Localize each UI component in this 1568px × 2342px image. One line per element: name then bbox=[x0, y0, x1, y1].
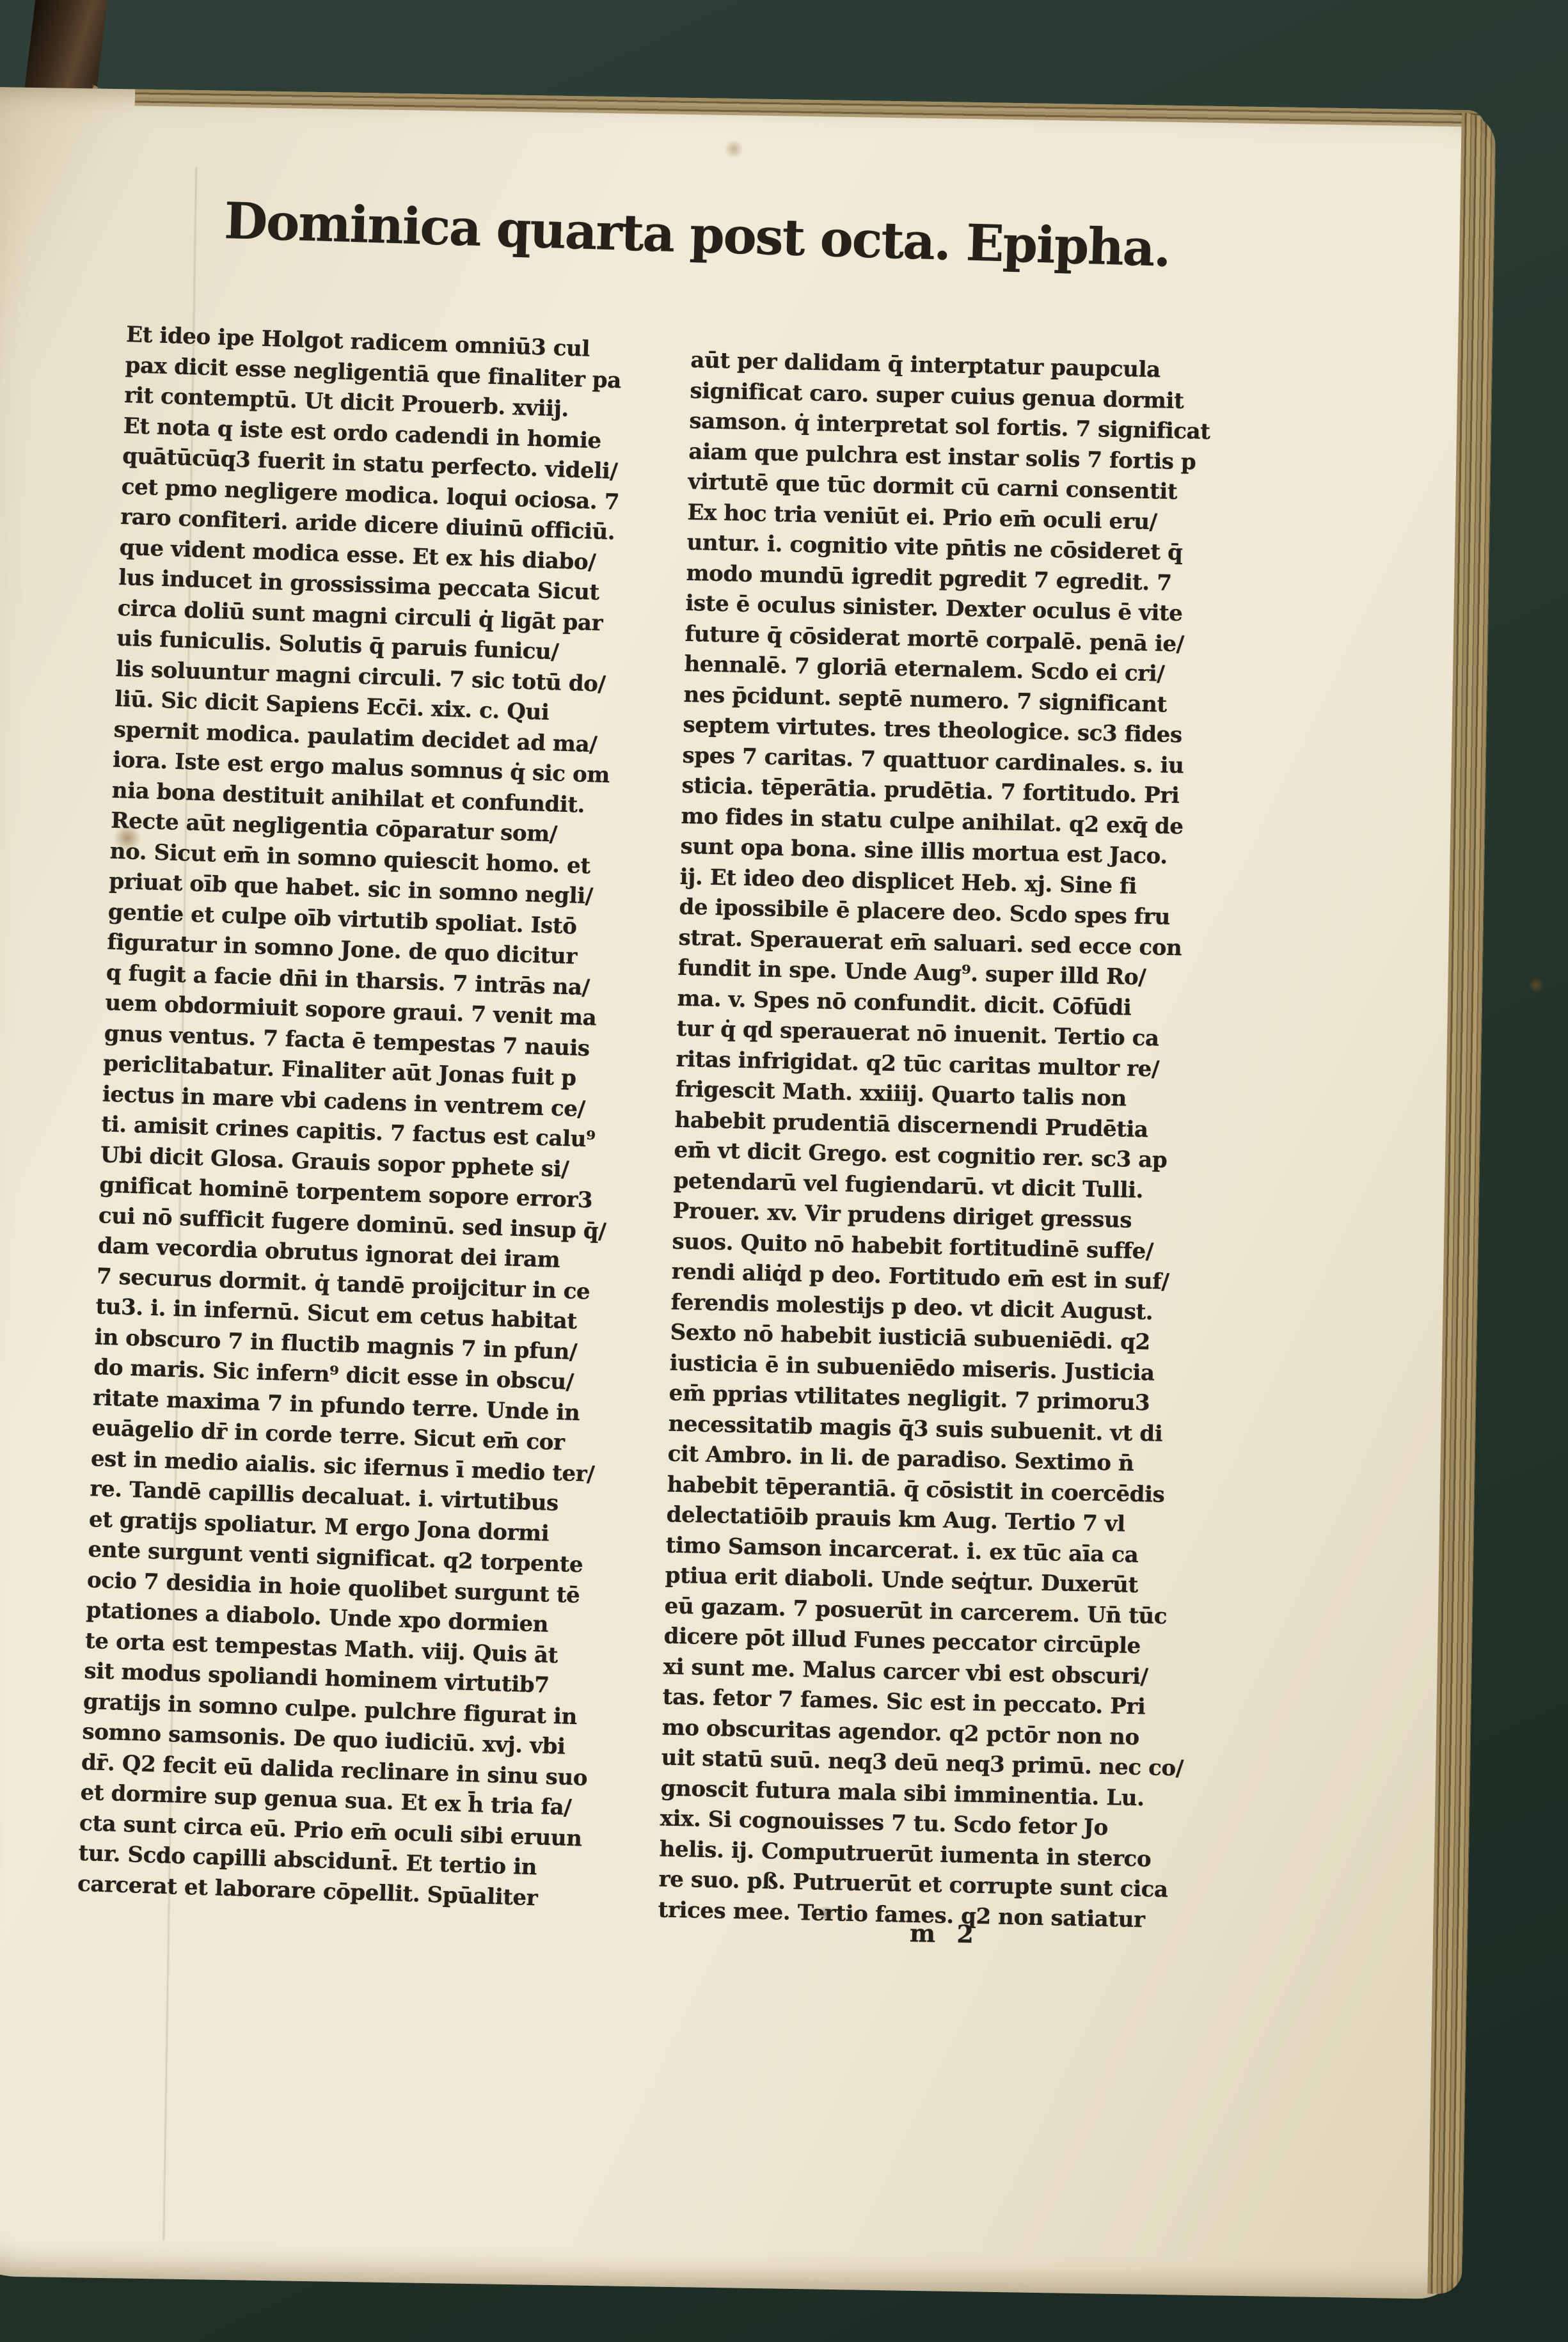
paper-stain bbox=[1528, 977, 1544, 993]
paper-stain bbox=[723, 141, 745, 157]
text-column-right: aūt per dalidam q̄ interptatur paupculas… bbox=[658, 345, 1249, 1937]
signature-mark: m 2 bbox=[910, 1919, 981, 1949]
scanned-book-photo: Dominica quarta post octa. Epipha. Et id… bbox=[0, 0, 1568, 2342]
text-column-left: Et ideo ipe Holgot radicem omniū3 culpax… bbox=[77, 320, 680, 1917]
